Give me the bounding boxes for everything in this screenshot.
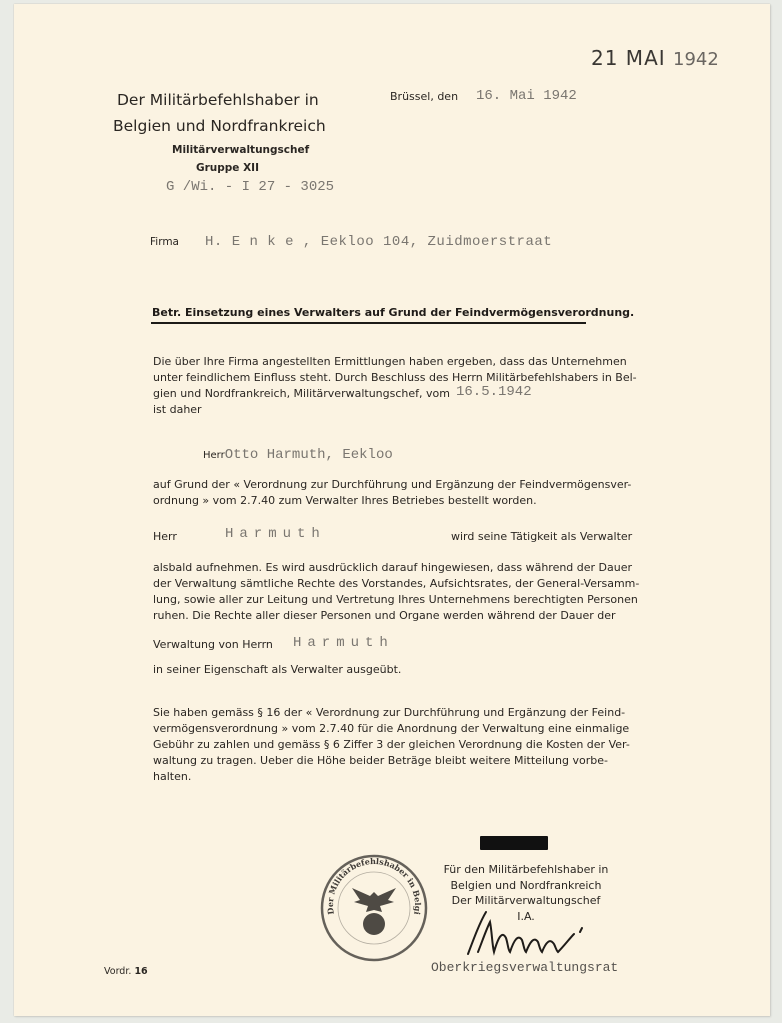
form-number: Vordr. 16: [104, 966, 148, 977]
form-number-value: 16: [134, 966, 147, 977]
received-date-stamp: 21 MAI 1942: [591, 46, 719, 70]
stamp-day-month: 21 MAI: [591, 46, 666, 70]
text-line: alsbald aufnehmen. Es wird ausdrücklich …: [153, 560, 639, 576]
paragraph-1: Die über Ihre Firma angestellten Ermittl…: [153, 354, 637, 418]
herr-label-2: Herr: [153, 530, 177, 543]
sig-line: Der Militärverwaltungschef: [426, 893, 626, 909]
text-line: lung, sowie aller zur Leitung und Vertre…: [153, 592, 639, 608]
letterhead-line-2: Belgien und Nordfrankreich: [113, 117, 326, 135]
text-line: der Verwaltung sämtliche Rechte des Vors…: [153, 576, 639, 592]
official-seal-icon: Der Militärbefehlshaber in Belgien u. No…: [318, 852, 430, 964]
text-line: gien und Nordfrankreich, Militärverwaltu…: [153, 386, 637, 402]
text-line: auf Grund der « Verordnung zur Durchführ…: [153, 477, 631, 493]
paragraph-3: alsbald aufnehmen. Es wird ausdrücklich …: [153, 560, 639, 624]
subject-underline: [151, 322, 586, 324]
text-line: waltung zu tragen. Ueber die Höhe beider…: [153, 753, 630, 769]
dateline-date: 16. Mai 1942: [476, 88, 577, 104]
recipient-label: Firma: [150, 236, 179, 248]
administration-label: Verwaltung von Herrn: [153, 638, 273, 651]
letterhead-group: Gruppe XII: [196, 162, 259, 174]
redaction-bar: [480, 836, 548, 850]
paragraph-4: in seiner Eigenschaft als Verwalter ausg…: [153, 663, 401, 676]
stamp-year: 1942: [673, 49, 719, 70]
paragraph-2: auf Grund der « Verordnung zur Durchführ…: [153, 477, 631, 509]
text-line: Sie haben gemäss § 16 der « Verordnung z…: [153, 705, 630, 721]
text-line: vermögensverordnung » vom 2.7.40 für die…: [153, 721, 630, 737]
reference-number: G /Wi. - I 27 - 3025: [166, 179, 334, 195]
handwritten-signature: [460, 908, 600, 958]
letterhead-department: Militärverwaltungschef: [172, 144, 309, 156]
text-line: ruhen. Die Rechte aller dieser Personen …: [153, 608, 639, 624]
signatory-title: Oberkriegsverwaltungsrat: [431, 960, 618, 975]
herr-label: Herr: [203, 450, 225, 461]
letterhead-line-1: Der Militärbefehlshaber in: [117, 91, 319, 109]
form-number-label: Vordr.: [104, 966, 131, 977]
administration-name: Harmuth: [293, 635, 394, 651]
sig-line: Belgien und Nordfrankreich: [426, 878, 626, 894]
administrator-surname: Harmuth: [225, 526, 326, 542]
text-line: unter feindlichem Einfluss steht. Durch …: [153, 370, 637, 386]
activity-text: wird seine Tätigkeit als Verwalter: [451, 530, 632, 543]
paragraph-5: Sie haben gemäss § 16 der « Verordnung z…: [153, 705, 630, 785]
administrator-name: Otto Harmuth, Eekloo: [225, 447, 393, 463]
subject-line: Betr. Einsetzung eines Verwalters auf Gr…: [152, 306, 634, 319]
text-line: halten.: [153, 769, 630, 785]
text-line: ist daher: [153, 402, 637, 418]
text-line: ordnung » vom 2.7.40 zum Verwalter Ihres…: [153, 493, 631, 509]
administrator-line: HerrOtto Harmuth, Eekloo: [203, 445, 393, 463]
decision-date: 16.5.1942: [456, 384, 532, 400]
sig-line: Für den Militärbefehlshaber in: [426, 862, 626, 878]
text-line: Gebühr zu zahlen und gemäss § 6 Ziffer 3…: [153, 737, 630, 753]
text-line: Die über Ihre Firma angestellten Ermittl…: [153, 354, 637, 370]
recipient-value: H. E n k e , Eekloo 104, Zuidmoerstraat: [205, 234, 552, 250]
dateline-place: Brüssel, den: [390, 90, 458, 103]
